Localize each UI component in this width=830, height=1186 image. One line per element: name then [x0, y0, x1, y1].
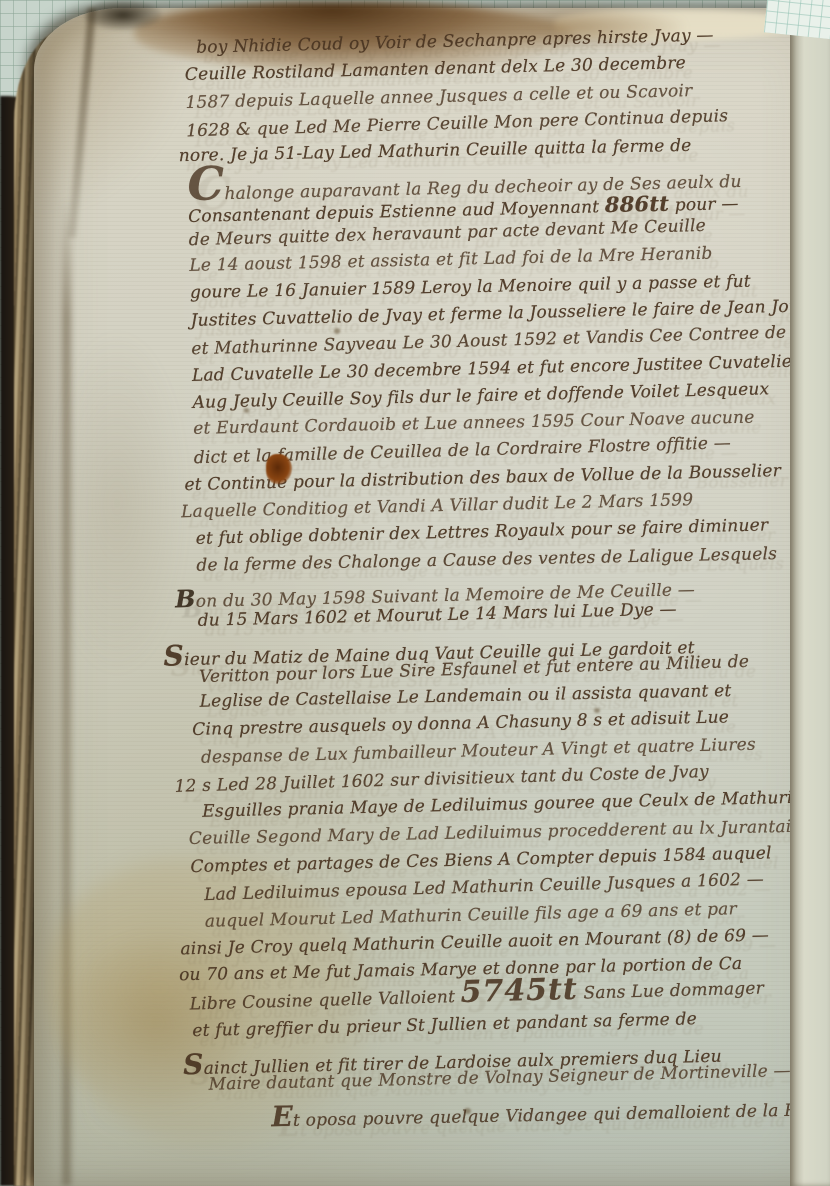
corner-shading — [34, 8, 204, 218]
amount-figure: 5745tt — [460, 972, 578, 1010]
left-crease-upper — [68, 8, 96, 238]
manuscript-page: boy Nhidie Coud oy Voir de Sechanpre apr… — [34, 8, 830, 1186]
underlying-page-edge — [790, 0, 830, 1186]
mid-left-stain — [52, 338, 182, 668]
left-fold-crease — [62, 198, 71, 1186]
manuscript-photo: boy Nhidie Coud oy Voir de Sechanpre apr… — [0, 0, 830, 1186]
top-dark-blob — [84, 0, 162, 30]
manuscript-text: boy Nhidie Coud oy Voir de Sechanpre apr… — [184, 23, 826, 1129]
amount-figure: 886tt — [605, 190, 670, 217]
